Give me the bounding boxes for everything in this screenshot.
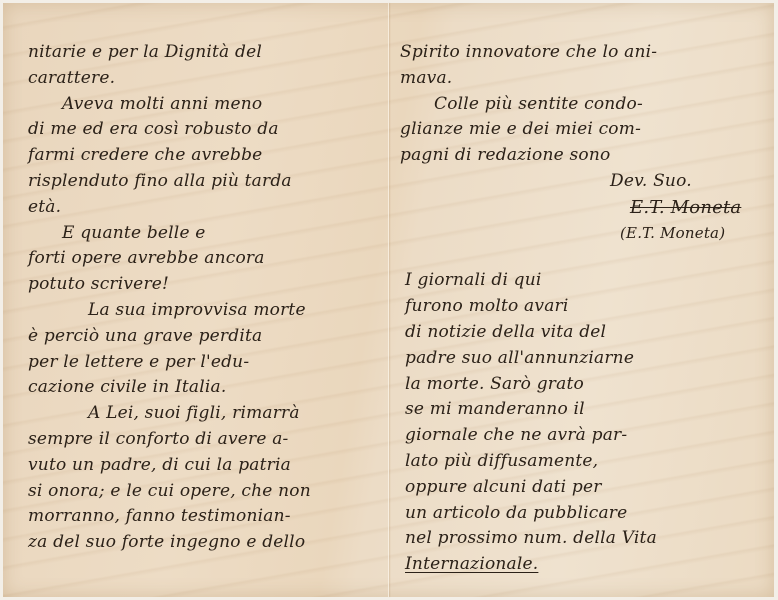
ps-line: giornale che ne avrà par- xyxy=(405,423,765,449)
postscript: I giornali di qui furono molto avari di … xyxy=(400,268,765,578)
text-line: Aveva molti anni meno xyxy=(28,92,383,118)
text-line: nitarie e per la Dignità del xyxy=(28,40,383,66)
text-line: vuto un padre, di cui la patria xyxy=(28,453,383,479)
text-line: A Lei, suoi figli, rimarrà xyxy=(28,401,383,427)
signature-printed: (E.T. Moneta) xyxy=(400,221,765,247)
text-line: si onora; e le cui opere, che non xyxy=(28,479,383,505)
left-page: nitarie e per la Dignità del carattere. … xyxy=(28,40,383,556)
ps-line: padre suo all'annunziarne xyxy=(405,346,765,372)
text-line: Spirito innovatore che lo ani- xyxy=(400,40,765,66)
ps-line: se mi manderanno il xyxy=(405,397,765,423)
text-line: za del suo forte ingegno e dello xyxy=(28,530,383,556)
text-line: per le lettere e per l'edu- xyxy=(28,350,383,376)
text-line: di me ed era così robusto da xyxy=(28,117,383,143)
text-line: glianze mie e dei miei com- xyxy=(400,117,765,143)
center-fold xyxy=(388,3,389,597)
text-line: carattere. xyxy=(28,66,383,92)
text-line: farmi credere che avrebbe xyxy=(28,143,383,169)
text-line: La sua improvvisa morte xyxy=(28,298,383,324)
text-line: età. xyxy=(28,195,383,221)
text-line: forti opere avrebbe ancora xyxy=(28,246,383,272)
text-line: E quante belle e xyxy=(28,221,383,247)
ps-line: di notizie della vita del xyxy=(405,320,765,346)
text-line: potuto scrivere! xyxy=(28,272,383,298)
ps-line: Internazionale. xyxy=(405,552,765,578)
right-page: Spirito innovatore che lo ani- mava. Col… xyxy=(400,40,765,578)
ps-line: lato più diffusamente, xyxy=(405,449,765,475)
closing-salutation: Dev. Suo. xyxy=(400,169,765,195)
ps-line: oppure alcuni dati per xyxy=(405,475,765,501)
text-line: è perciò una grave perdita xyxy=(28,324,383,350)
text-line: risplenduto fino alla più tarda xyxy=(28,169,383,195)
signature: E.T. Moneta xyxy=(400,195,765,221)
text-line: pagni di redazione sono xyxy=(400,143,765,169)
text-line: sempre il conforto di avere a- xyxy=(28,427,383,453)
spacer xyxy=(400,246,765,268)
text-line: morranno, fanno testimonian- xyxy=(28,504,383,530)
ps-line: nel prossimo num. della Vita xyxy=(405,526,765,552)
ps-line: un articolo da pubblicare xyxy=(405,501,765,527)
text-line: cazione civile in Italia. xyxy=(28,375,383,401)
ps-line: I giornali di qui xyxy=(405,268,765,294)
text-line: mava. xyxy=(400,66,765,92)
text-line: Colle più sentite condo- xyxy=(400,92,765,118)
ps-line: la morte. Sarò grato xyxy=(405,372,765,398)
ps-line: furono molto avari xyxy=(405,294,765,320)
